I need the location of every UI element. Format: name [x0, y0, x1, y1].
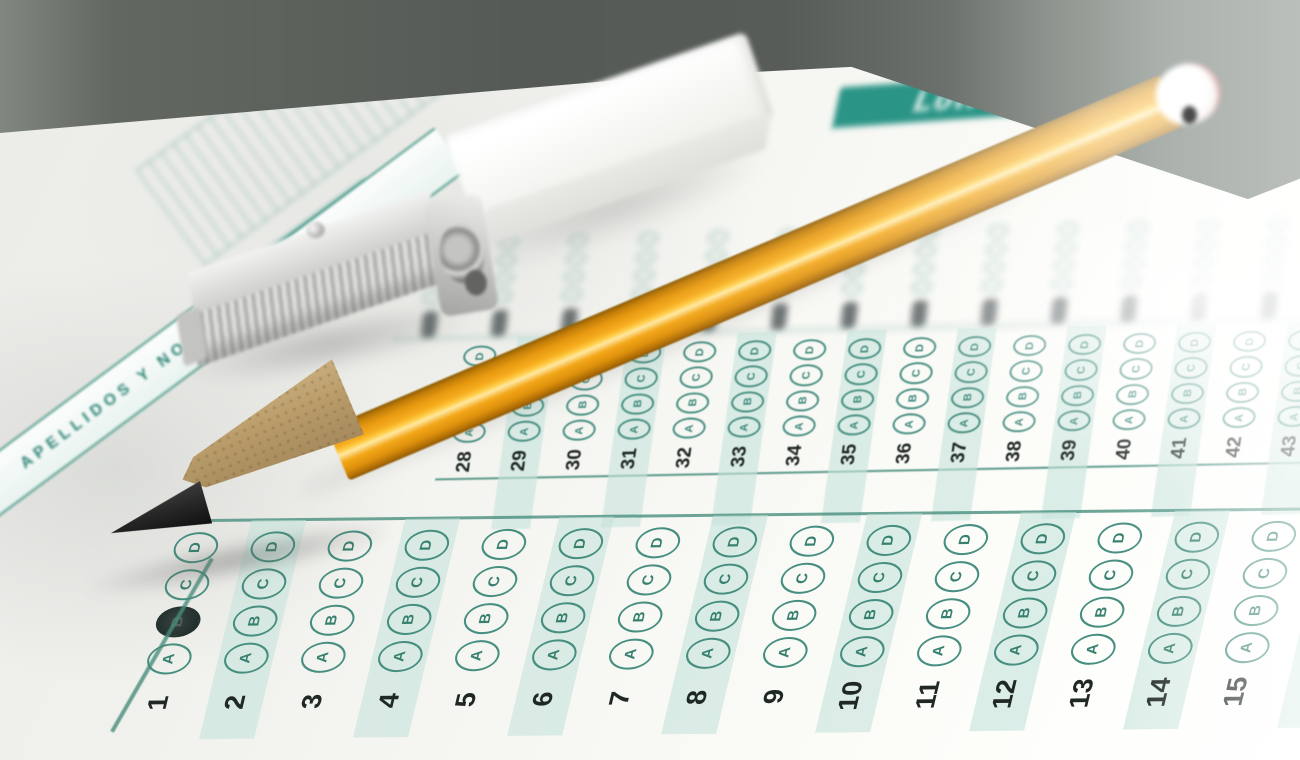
question-number-text: 29	[508, 450, 533, 472]
bubble-letter: D	[648, 537, 668, 548]
bubble-letter: C	[793, 573, 813, 584]
bubble-letter: B	[553, 612, 573, 623]
bubble-7-A[interactable]: A	[605, 638, 656, 670]
question-number-text: 5	[449, 692, 484, 707]
question-number-15: 15	[1215, 666, 1257, 716]
bubble-letter: C	[562, 575, 582, 586]
blurred-question-number	[1120, 295, 1138, 321]
bubble-letter: A	[1122, 416, 1135, 424]
bubble-13-C[interactable]: C	[1085, 559, 1136, 591]
bubble-letter: B	[1181, 389, 1194, 397]
bubble-letter: D	[725, 537, 745, 548]
blurred-bubble[interactable]	[1191, 273, 1213, 286]
bubble-letter: B	[1092, 607, 1112, 618]
blurred-bubble[interactable]	[1261, 272, 1283, 285]
bubble-letter: A	[1006, 645, 1026, 656]
bubble-letter: A	[236, 653, 256, 664]
bubble-letter: A	[518, 427, 531, 435]
bubble-letter: D	[879, 535, 899, 546]
bubble-34-D[interactable]: D	[792, 339, 828, 361]
bubble-15-B[interactable]: B	[1230, 595, 1281, 627]
bubble-letter: A	[467, 650, 487, 661]
bubble-letter: A	[1237, 642, 1257, 653]
bubble-letter: A	[958, 419, 971, 427]
bubble-letter: C	[690, 373, 703, 381]
bubble-letter: B	[686, 399, 699, 407]
bubble-letter: D	[1187, 532, 1207, 543]
bubble-7-B[interactable]: B	[614, 601, 665, 633]
question-number-13: 13	[1061, 668, 1103, 718]
blurred-bubble[interactable]	[1193, 255, 1215, 268]
bubble-letter: D	[968, 343, 981, 351]
bubble-letter: A	[848, 421, 861, 429]
bubble-11-B[interactable]: B	[922, 598, 973, 630]
bubble-letter: C	[745, 372, 758, 380]
bubble-32-D[interactable]: D	[682, 341, 718, 363]
question-number-text: 11	[910, 680, 948, 709]
bubble-15-D[interactable]: D	[1248, 521, 1299, 553]
bubble-letter: B	[961, 393, 974, 401]
blurred-bubble[interactable]	[1121, 275, 1143, 288]
bubble-letter: C	[1024, 570, 1044, 581]
bubble-letter: B	[851, 395, 864, 403]
question-number-text: 41	[1168, 437, 1193, 459]
blurred-bubble[interactable]	[1055, 240, 1077, 253]
bubble-letter: C	[1255, 568, 1275, 579]
question-number-text: 13	[1063, 678, 1101, 708]
blurred-bubble[interactable]	[988, 224, 1010, 237]
bubble-9-D[interactable]: D	[786, 525, 837, 557]
bubble-letter: D	[263, 541, 283, 552]
question-number-5: 5	[453, 674, 480, 724]
blurred-bubble[interactable]	[1127, 221, 1149, 234]
bubble-letter: B	[906, 394, 919, 402]
question-number-7: 7	[607, 673, 634, 723]
bubble-letter: C	[485, 576, 505, 587]
blurred-bubble[interactable]	[981, 278, 1003, 291]
bubble-letter: C	[910, 369, 923, 377]
bubble-42-A[interactable]: A	[1221, 407, 1257, 429]
bubble-3-D[interactable]: D	[324, 530, 375, 562]
question-number-text: 31	[618, 448, 643, 470]
question-number-text: 32	[673, 446, 698, 468]
question-number-text: 15	[1217, 676, 1255, 706]
bubble-letter: C	[331, 578, 351, 589]
bubble-letter: A	[159, 653, 179, 664]
blurred-bubble[interactable]	[565, 251, 587, 264]
question-number-9: 9	[761, 671, 788, 721]
question-number-32: 32	[672, 441, 698, 474]
blurred-question-number	[840, 302, 858, 328]
bubble-38-B[interactable]: B	[1005, 385, 1041, 407]
bubble-letter: D	[858, 345, 871, 353]
bubble-letter: D	[1188, 338, 1201, 346]
bubble-letter: B	[938, 608, 958, 619]
question-number-40: 40	[1112, 432, 1138, 465]
blurred-bubble[interactable]	[1053, 258, 1075, 271]
blurred-bubble[interactable]	[985, 242, 1007, 255]
sharpener-hole	[463, 268, 489, 297]
blurred-bubble[interactable]	[1051, 276, 1073, 289]
bubble-letter: C	[1178, 569, 1198, 580]
bubble-letter: B	[1236, 388, 1249, 396]
question-number-1: 1	[145, 677, 172, 727]
bubble-letter: A	[628, 425, 641, 433]
question-number-text: 38	[1003, 440, 1028, 462]
bubble-letter: D	[494, 539, 514, 550]
bubble-letter: A	[1160, 643, 1180, 654]
bubble-letter: A	[1083, 644, 1103, 655]
bubble-7-C[interactable]: C	[623, 564, 674, 596]
bubble-1-B[interactable]: B	[152, 606, 203, 638]
bubble-letter: C	[1101, 570, 1121, 581]
blurred-question-number	[770, 303, 788, 329]
blurred-bubble[interactable]	[1197, 219, 1219, 232]
question-number-text: 6	[526, 691, 561, 706]
bubble-letter: B	[245, 616, 265, 627]
question-number-43: 43	[1277, 429, 1300, 462]
bubble-letter: D	[186, 542, 206, 553]
bubble-letter: A	[313, 652, 333, 663]
bubble-letter: D	[693, 348, 706, 356]
bubble-letter: B	[1246, 605, 1266, 616]
bubble-5-B[interactable]: B	[460, 603, 511, 635]
bubble-34-A[interactable]: A	[781, 415, 817, 437]
blurred-bubble[interactable]	[1057, 222, 1079, 235]
bubble-letter: D	[417, 540, 437, 551]
bubble-42-B[interactable]: B	[1225, 381, 1261, 403]
bubble-letter: A	[698, 648, 718, 659]
blurred-bubble[interactable]	[568, 233, 590, 246]
bubble-40-C[interactable]: C	[1118, 358, 1154, 380]
photo-scene: APELLIDOS Y NOMBRE Lott DCBA28DCBA29DCBA…	[0, 0, 1300, 760]
bubble-letter: B	[1291, 387, 1300, 395]
blurred-question-number	[1260, 292, 1278, 318]
blurred-bubble[interactable]	[633, 268, 655, 281]
bubble-36-D[interactable]: D	[902, 337, 938, 359]
question-number-text: 7	[603, 690, 638, 705]
sharpener-bore	[436, 220, 489, 286]
bubble-5-C[interactable]: C	[469, 566, 520, 598]
bubble-30-A[interactable]: A	[561, 419, 597, 441]
bubble-letter: C	[408, 577, 428, 588]
bubble-letter: B	[796, 397, 809, 405]
bubble-letter: D	[1033, 533, 1053, 544]
blurred-bubble[interactable]	[635, 250, 657, 263]
bubble-letter: C	[800, 371, 813, 379]
bubble-letter: A	[1177, 415, 1190, 423]
bubble-13-A[interactable]: A	[1067, 634, 1118, 666]
bubble-letter: C	[1075, 366, 1088, 374]
bubble-3-A[interactable]: A	[297, 642, 348, 674]
blurred-bubble[interactable]	[561, 287, 583, 300]
blurred-bubble[interactable]	[1123, 257, 1145, 270]
bubble-letter: D	[1023, 342, 1036, 350]
bubble-letter: B	[630, 611, 650, 622]
bubble-letter: A	[1013, 418, 1026, 426]
question-number-text: 2	[218, 694, 253, 709]
bubble-40-A[interactable]: A	[1111, 409, 1147, 431]
bubble-letter: B	[399, 614, 419, 625]
bubble-letter: D	[1078, 340, 1091, 348]
bubble-letter: D	[1264, 531, 1284, 542]
question-number-42: 42	[1222, 430, 1248, 463]
bubble-letter: C	[716, 574, 736, 585]
bubble-9-A[interactable]: A	[759, 637, 810, 669]
question-number-36: 36	[892, 436, 918, 469]
question-number-text: 9	[757, 688, 792, 703]
bubble-letter: C	[870, 572, 890, 583]
bubble-letter: D	[803, 346, 816, 354]
bubble-letter: B	[1015, 607, 1035, 618]
bubble-letter: B	[1169, 606, 1189, 617]
bubble-13-D[interactable]: D	[1094, 522, 1145, 554]
bubble-letter: A	[775, 647, 795, 658]
bubble-9-C[interactable]: C	[777, 563, 828, 595]
bubble-42-C[interactable]: C	[1228, 356, 1264, 378]
question-number-text: 34	[783, 444, 808, 466]
question-number-text: 36	[893, 442, 918, 464]
bubble-letter: C	[1130, 365, 1143, 373]
bubble-32-C[interactable]: C	[678, 366, 714, 388]
question-number-text: 43	[1278, 435, 1300, 457]
bubble-letter: D	[913, 344, 926, 352]
bubble-letter: D	[1110, 532, 1130, 543]
bubble-38-C[interactable]: C	[1008, 360, 1044, 382]
question-number-34: 34	[782, 439, 808, 472]
blurred-bubble[interactable]	[493, 271, 515, 284]
bubble-letter: D	[473, 352, 486, 360]
bubble-letter: A	[1067, 417, 1080, 425]
bubble-letter: B	[631, 400, 644, 408]
bubble-letter: A	[1287, 412, 1300, 420]
bubble-letter: A	[852, 646, 872, 657]
bubble-32-B[interactable]: B	[675, 392, 711, 414]
question-number-text: 40	[1113, 438, 1138, 460]
bubble-letter: C	[947, 571, 967, 582]
question-number-text: 3	[295, 693, 330, 708]
question-number-38: 38	[1002, 434, 1028, 467]
bubble-13-B[interactable]: B	[1076, 596, 1127, 628]
blurred-question-number	[1050, 297, 1068, 323]
bubble-36-C[interactable]: C	[898, 362, 934, 384]
question-number-text: 37	[948, 441, 973, 463]
question-number-text: 1	[141, 695, 176, 710]
bubble-letter: A	[573, 426, 586, 434]
bubble-38-A[interactable]: A	[1001, 411, 1037, 433]
bubble-15-C[interactable]: C	[1239, 558, 1290, 590]
blurred-bubble[interactable]	[1195, 237, 1217, 250]
bubble-letter: A	[793, 422, 806, 430]
question-number-text: 39	[1058, 439, 1083, 461]
bubble-34-C[interactable]: C	[788, 364, 824, 386]
bubble-11-D[interactable]: D	[940, 524, 991, 556]
bubble-36-A[interactable]: A	[891, 413, 927, 435]
blurred-bubble[interactable]	[983, 260, 1005, 273]
bubble-11-C[interactable]: C	[931, 561, 982, 593]
bubble-letter: B	[784, 610, 804, 621]
blurred-question-number	[1190, 294, 1208, 320]
blurred-bubble[interactable]	[841, 281, 863, 294]
blurred-question-number	[910, 300, 928, 326]
blurred-bubble[interactable]	[496, 253, 518, 266]
question-number-30: 30	[562, 443, 588, 476]
bubble-letter: A	[390, 651, 410, 662]
bubble-9-B[interactable]: B	[768, 600, 819, 632]
bubble-letter: A	[738, 423, 751, 431]
bubble-letter: C	[1295, 362, 1300, 370]
blurred-bubble[interactable]	[708, 230, 730, 243]
bubble-letter: B	[741, 398, 754, 406]
blurred-bubble[interactable]	[911, 280, 933, 293]
blurred-question-number	[980, 299, 998, 325]
question-number-3: 3	[299, 676, 326, 726]
bubble-letter: A	[683, 424, 696, 432]
bubble-36-B[interactable]: B	[895, 388, 931, 410]
bubble-30-B[interactable]: B	[565, 394, 601, 416]
question-number-text: 28	[453, 451, 478, 473]
bubble-letter: D	[340, 541, 360, 552]
bubble-letter: C	[1020, 367, 1033, 375]
bubble-letter: B	[861, 609, 881, 620]
question-number-text: 8	[680, 689, 715, 704]
bubble-34-B[interactable]: B	[785, 390, 821, 412]
bubble-40-B[interactable]: B	[1115, 383, 1151, 405]
bubble-letter: C	[855, 370, 868, 378]
question-block-1-15: DCBA1DCBA2DCBA3DCBA4DCBA5DCBA6DCBA7DCBA8…	[114, 507, 1300, 728]
blurred-bubble[interactable]	[1263, 254, 1285, 267]
bubble-letter: A	[544, 649, 564, 660]
bubble-letter: B	[1016, 392, 1029, 400]
bubble-letter: B	[476, 613, 496, 624]
blurred-bubble[interactable]	[1265, 235, 1287, 248]
blurred-bubble[interactable]	[563, 269, 585, 282]
question-number-text: 4	[372, 692, 407, 707]
bubble-letter: C	[965, 368, 978, 376]
bubble-letter: A	[903, 420, 916, 428]
blurred-bubble[interactable]	[1267, 217, 1289, 230]
bubble-5-A[interactable]: A	[451, 640, 502, 672]
bubble-3-C[interactable]: C	[315, 567, 366, 599]
bubble-letter: B	[322, 615, 342, 626]
bubble-letter: C	[635, 374, 648, 382]
bubble-3-B[interactable]: B	[306, 604, 357, 636]
bubble-letter: C	[639, 574, 659, 585]
bubble-letter: A	[621, 649, 641, 660]
bubble-letter: B	[1071, 391, 1084, 399]
question-number-28: 28	[452, 445, 478, 478]
bubble-42-D[interactable]: D	[1232, 330, 1268, 352]
question-number-text: 33	[728, 445, 753, 467]
question-number-11: 11	[908, 669, 948, 719]
bubble-5-D[interactable]: D	[478, 529, 529, 561]
bubble-32-A[interactable]: A	[671, 417, 707, 439]
bubble-letter: C	[1240, 363, 1253, 371]
bubble-40-D[interactable]: D	[1122, 333, 1158, 355]
bubble-letter: D	[802, 536, 822, 547]
bubble-letter: D	[956, 534, 976, 545]
bubble-letter: D	[748, 347, 761, 355]
bubble-letter: B	[707, 611, 727, 622]
bubble-letter: D	[571, 538, 591, 549]
blurred-bubble[interactable]	[1125, 239, 1147, 252]
bubble-15-A[interactable]: A	[1221, 632, 1272, 664]
bubble-letter: B	[576, 401, 589, 409]
blurred-bubble[interactable]	[638, 232, 660, 245]
bubble-7-D[interactable]: D	[632, 527, 683, 559]
bubble-letter: C	[254, 578, 274, 589]
bubble-letter: D	[1133, 339, 1146, 347]
bubble-letter: A	[929, 645, 949, 656]
bubble-letter: C	[1185, 364, 1198, 372]
question-number-text: 42	[1223, 436, 1248, 458]
pencil-eraser-smudge	[1182, 106, 1197, 124]
question-number-text: 35	[838, 443, 863, 465]
blurred-bubble[interactable]	[913, 261, 935, 274]
blurred-bubble[interactable]	[915, 243, 937, 256]
bubble-letter: A	[1232, 414, 1245, 422]
bubble-11-A[interactable]: A	[913, 635, 964, 667]
bubble-letter: B	[1126, 390, 1139, 398]
bubble-letter: D	[1243, 337, 1256, 345]
bubble-38-D[interactable]: D	[1012, 335, 1048, 357]
question-number-text: 30	[563, 449, 588, 471]
